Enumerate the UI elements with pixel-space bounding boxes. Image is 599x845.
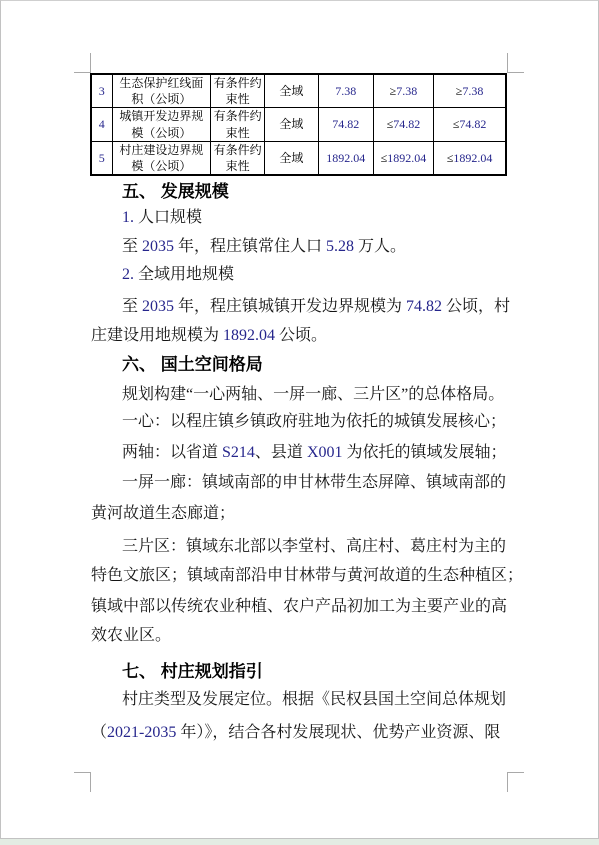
crop-mark-top-right-horizontal — [507, 72, 524, 73]
cell-value-1: 7.38 — [318, 74, 373, 108]
paragraph-line: 2. 全域用地规模 — [91, 261, 542, 283]
cell-value-2: ≤74.82 — [373, 108, 433, 141]
crop-mark-bottom-left-horizontal — [74, 772, 91, 773]
paragraph-line: 镇域中部以传统农业种植、农户产品初加工为主要产业的高 — [91, 593, 511, 615]
cell-value-3: ≤1892.04 — [434, 141, 506, 175]
cell-attribute: 有条件约束性 — [211, 74, 265, 108]
cell-attribute: 有条件约束性 — [211, 141, 265, 175]
cell-value-3: ≥7.38 — [434, 74, 506, 108]
cell-indicator: 城镇开发边界规模（公顷） — [112, 108, 210, 141]
paragraph-line: 效农业区。 — [91, 622, 511, 644]
cell-scope: 全域 — [265, 141, 318, 175]
indicators-table: 3 生态保护红线面积（公顷） 有条件约束性 全域 7.38 ≥7.38 ≥7.3… — [90, 73, 507, 176]
paragraph-line: 黄河故道生态廊道； — [91, 500, 511, 522]
cell-value-2: ≤1892.04 — [373, 141, 433, 175]
crop-mark-top-left-vertical — [90, 53, 91, 73]
heading-spatial-pattern: 六、 国土空间格局 — [91, 350, 542, 372]
heading-development-scale: 五、 发展规模 — [91, 177, 542, 199]
document-page: 3 生态保护红线面积（公顷） 有条件约束性 全域 7.38 ≥7.38 ≥7.3… — [0, 0, 599, 839]
cell-scope: 全域 — [265, 108, 318, 141]
crop-mark-top-right-vertical — [507, 53, 508, 73]
cell-attribute: 有条件约束性 — [211, 108, 265, 141]
paragraph-line: （2021-2035 年）》，结合各村发展现状、优势产业资源、限 — [91, 719, 511, 741]
paragraph-line: 一屏一廊：镇域南部的申甘林带生态屏障、镇域南部的 — [91, 469, 542, 491]
cell-row-number: 4 — [91, 108, 112, 141]
crop-mark-bottom-right-vertical — [507, 772, 508, 792]
table-row: 4 城镇开发边界规模（公顷） 有条件约束性 全域 74.82 ≤74.82 ≤7… — [91, 108, 506, 141]
cell-value-3: ≤74.82 — [434, 108, 506, 141]
paragraph-line: 1. 人口规模 — [91, 204, 542, 226]
paragraph-line: 三片区：镇域东北部以李堂村、高庄村、葛庄村为主的 — [91, 533, 542, 555]
paragraph-line: 庄建设用地规模为 1892.04 公顷。 — [91, 322, 511, 344]
cell-scope: 全域 — [265, 74, 318, 108]
crop-mark-top-left-horizontal — [74, 72, 91, 73]
table-row: 5 村庄建设边界规模（公顷） 有条件约束性 全域 1892.04 ≤1892.0… — [91, 141, 506, 175]
paragraph-line: 一心：以程庄镇乡镇政府驻地为依托的城镇发展核心； — [91, 408, 542, 430]
cell-value-1: 74.82 — [318, 108, 373, 141]
cell-row-number: 5 — [91, 141, 112, 175]
crop-mark-bottom-left-vertical — [90, 772, 91, 792]
paragraph-line: 两轴：以省道 S214、县道 X001 为依托的镇域发展轴； — [91, 439, 542, 461]
table-row: 3 生态保护红线面积（公顷） 有条件约束性 全域 7.38 ≥7.38 ≥7.3… — [91, 74, 506, 108]
cell-value-2: ≥7.38 — [373, 74, 433, 108]
cell-value-1: 1892.04 — [318, 141, 373, 175]
crop-mark-bottom-right-horizontal — [507, 772, 524, 773]
paragraph-line: 规划构建“一心两轴、一屏一廊、三片区”的总体格局。 — [91, 381, 542, 403]
paragraph-line: 特色文旅区；镇域南部沿申甘林带与黄河故道的生态种植区； — [91, 562, 511, 584]
paragraph-line: 村庄类型及发展定位。根据《民权县国土空间总体规划 — [91, 686, 542, 708]
cell-row-number: 3 — [91, 74, 112, 108]
cell-indicator: 村庄建设边界规模（公顷） — [112, 141, 210, 175]
paragraph-line: 至 2035 年，程庄镇常住人口 5.28 万人。 — [91, 233, 542, 255]
cell-indicator: 生态保护红线面积（公顷） — [112, 74, 210, 108]
heading-village-planning: 七、 村庄规划指引 — [91, 657, 542, 679]
paragraph-line: 至 2035 年，程庄镇城镇开发边界规模为 74.82 公顷，村 — [91, 293, 542, 315]
